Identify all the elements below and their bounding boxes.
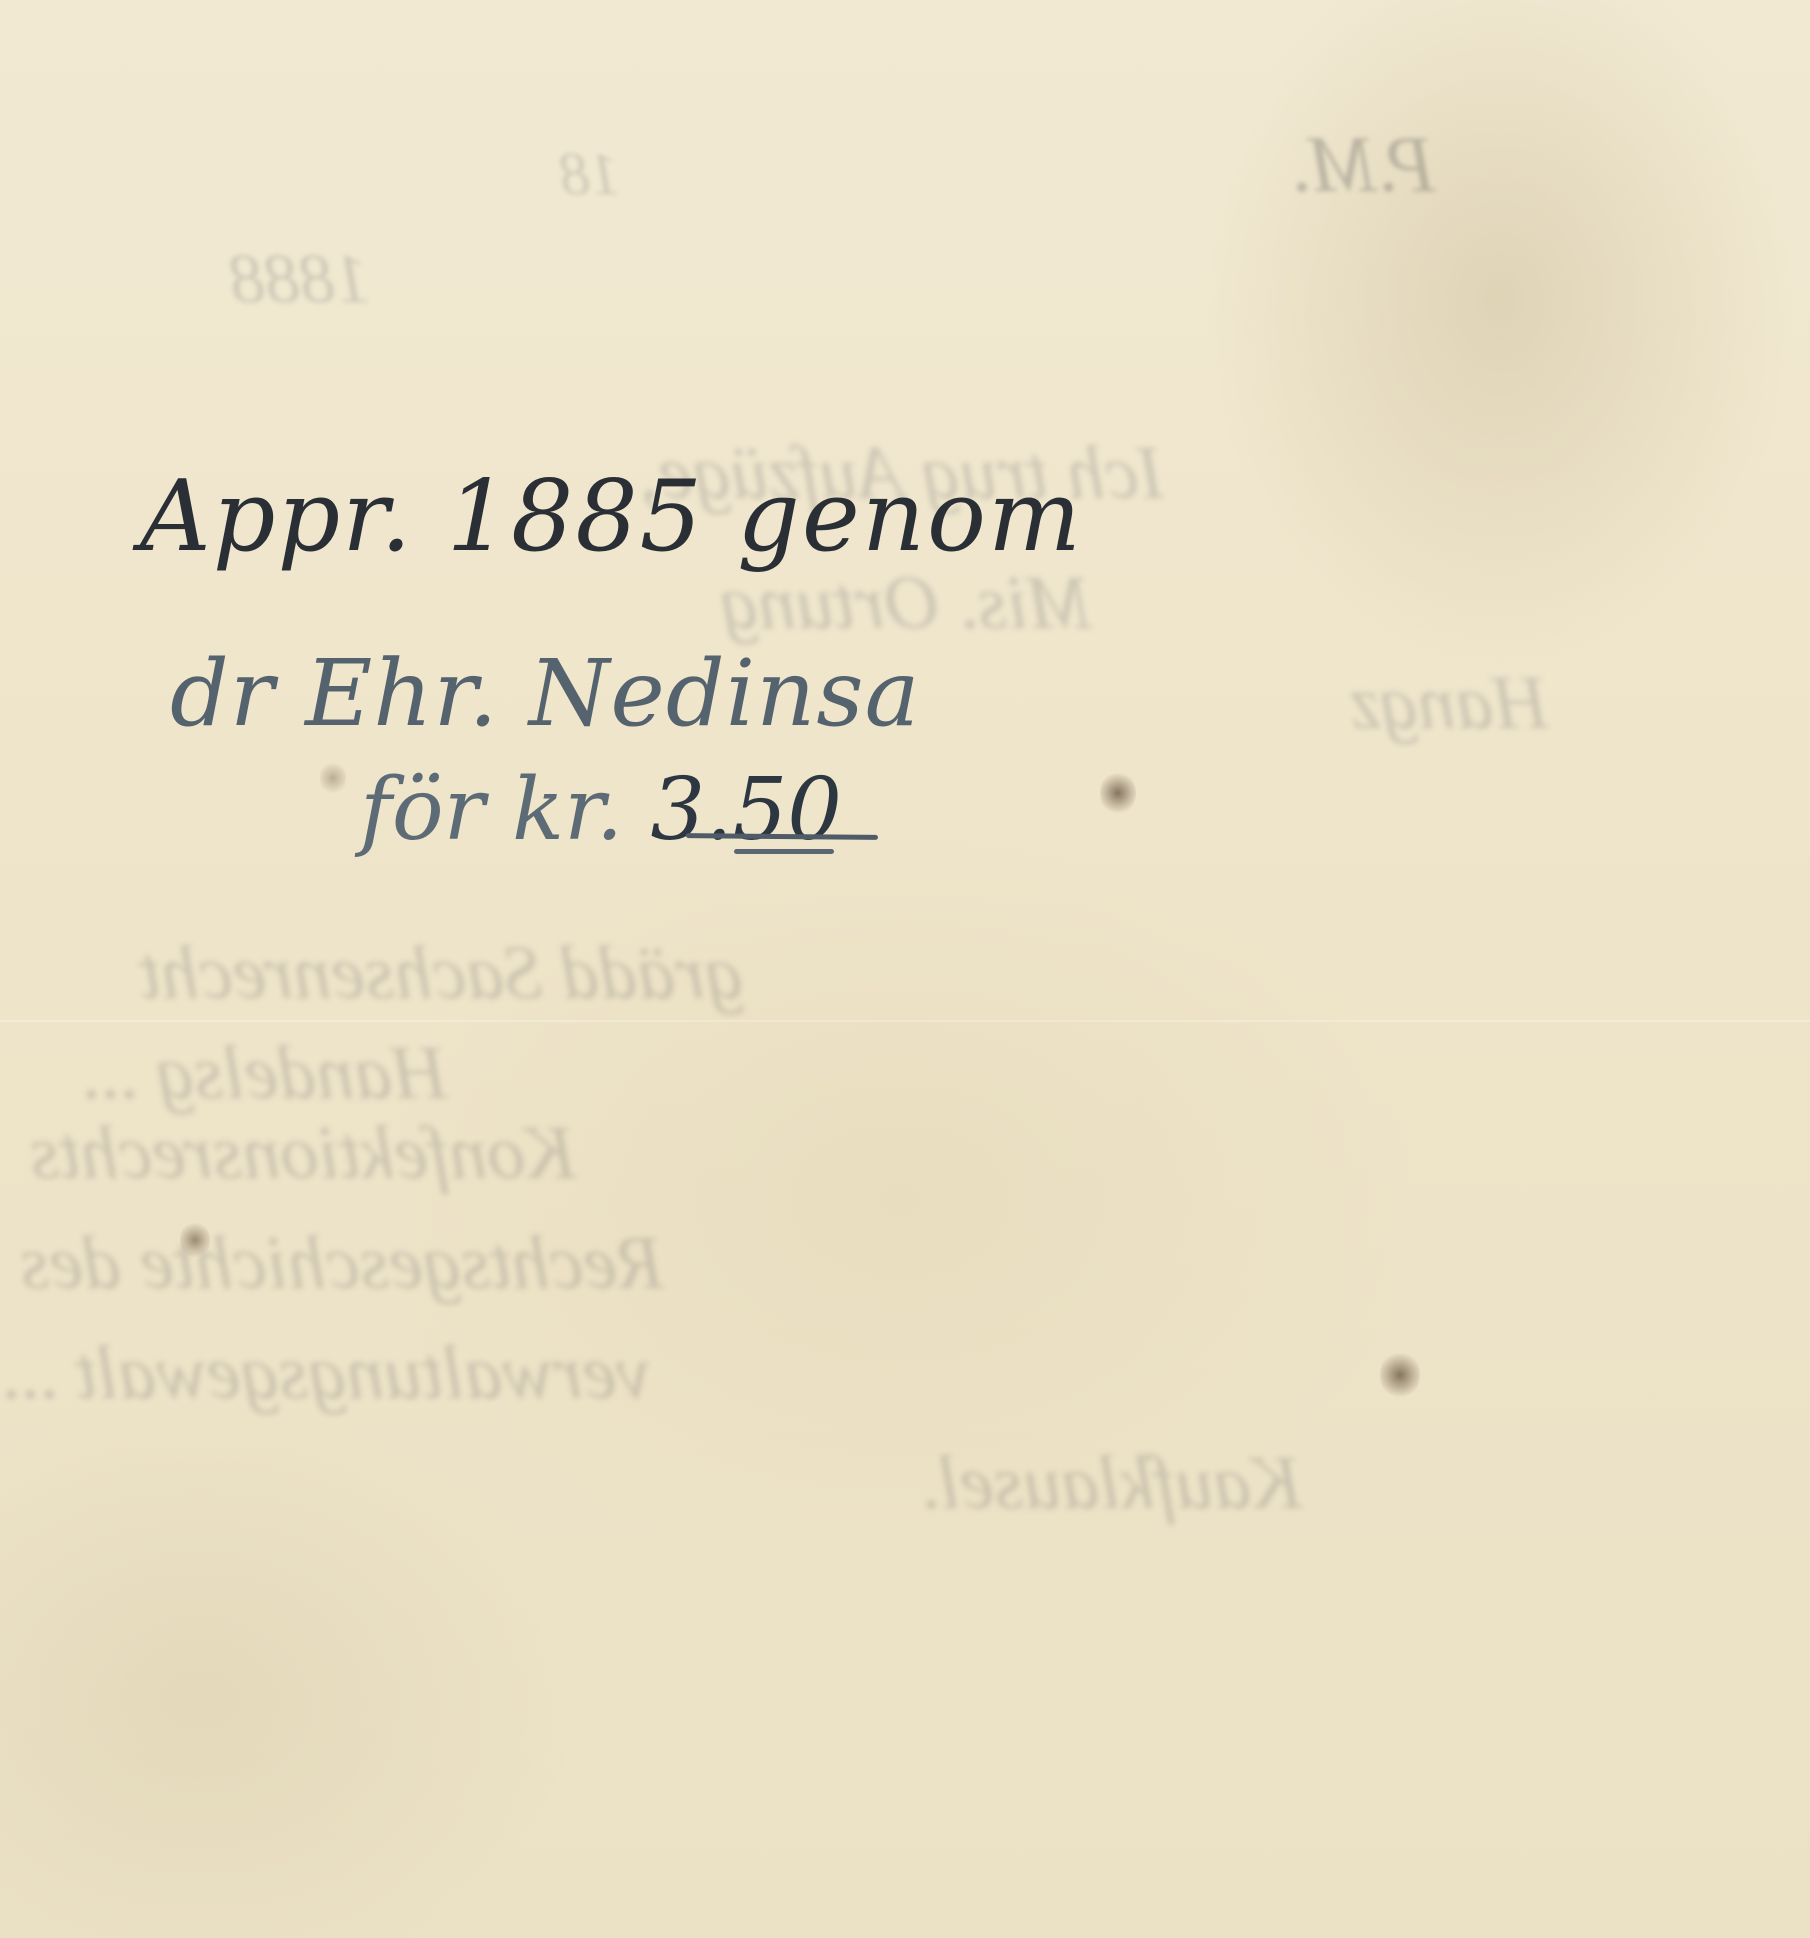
ink-stain [320,760,346,796]
bleed-through-line: Rechtsgeschichte des [20,1220,664,1307]
price-double-underline-bottom [734,849,834,854]
bleed-through-line: Konfektionsrechts [30,1110,576,1197]
bleed-through-line: Hangz [1350,660,1548,747]
note-line-3: för kr. 3.50 [360,760,842,860]
note-line-2: dr Ehr. Nedinsa [170,640,920,747]
note-price-amount: 3.50 [651,760,842,860]
bleed-through-line: Kaufklausel. [920,1440,1302,1527]
bleed-through-heading: P.M. [1290,120,1435,211]
document-page: P.M. 1888 18 Ich trug Aufzüge, Mis. Ortu… [0,0,1810,1938]
ink-stain [1100,770,1136,816]
bleed-through-number: 18 [560,140,620,209]
ink-stain [180,1220,210,1260]
bleed-through-line: Handelsg ... [80,1030,447,1117]
note-line-1: Appr. 1885 genom [140,460,1083,574]
bleed-through-year: 1888 [230,240,370,320]
note-price-prefix: för kr. [360,760,651,860]
ink-stain [1380,1350,1420,1400]
paper-fold-line [0,1020,1810,1022]
bleed-through-line: verwaltungsgewalt ... [0,1330,650,1417]
bleed-through-line: grädd Sachsenrecht [140,930,743,1017]
